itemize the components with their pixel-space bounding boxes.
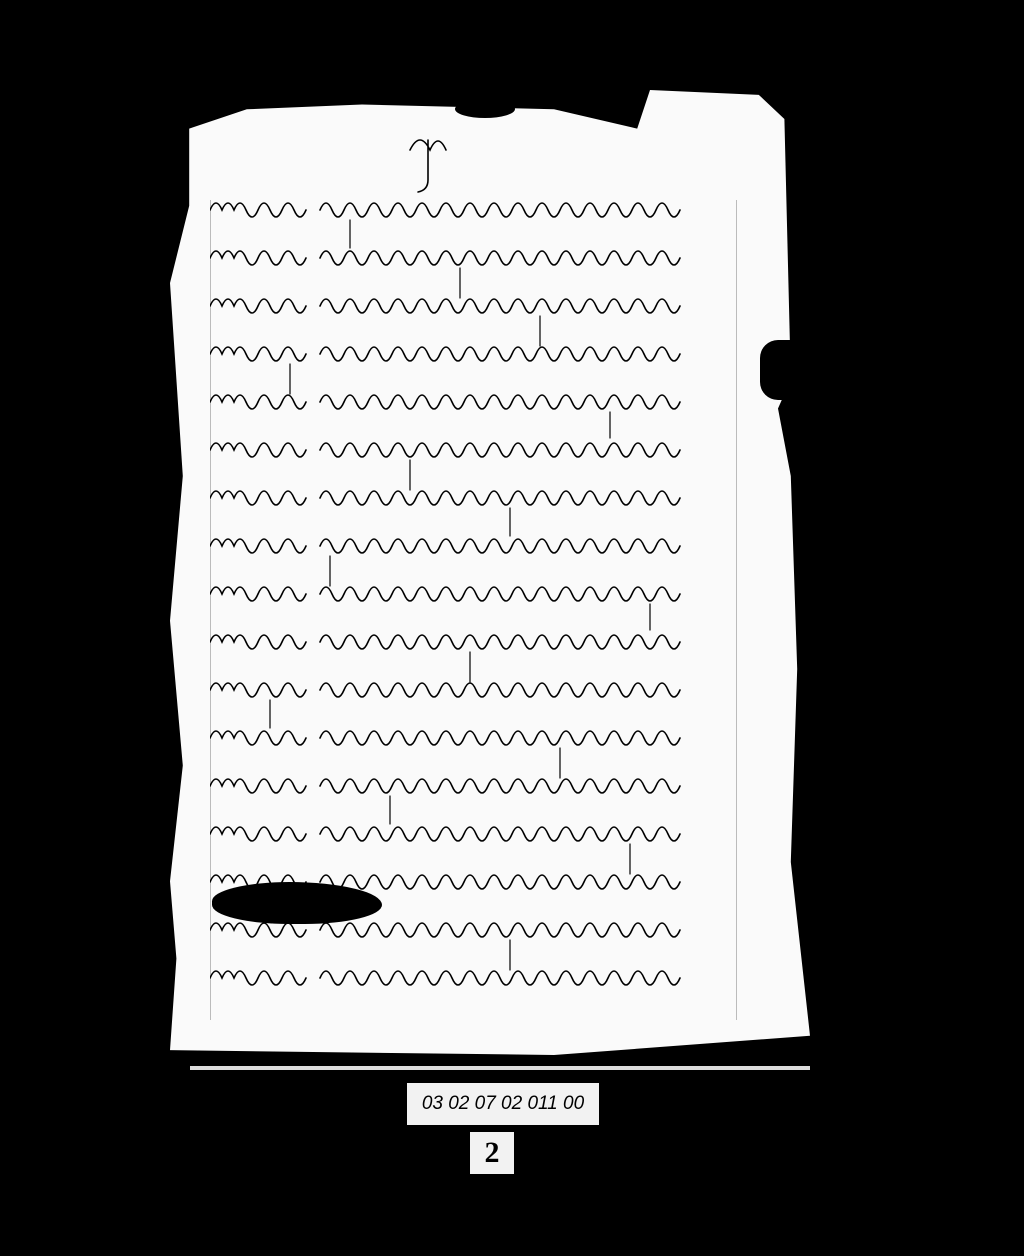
handwritten-text	[210, 120, 740, 1020]
catalog-code-label: 03 02 07 02 011 00	[407, 1083, 599, 1125]
heading-ornament	[410, 140, 446, 192]
tear-right	[760, 340, 820, 400]
ink-stain-top	[455, 100, 515, 118]
page-number-label: 2	[470, 1132, 514, 1174]
page-bottom-edge	[190, 1066, 810, 1070]
